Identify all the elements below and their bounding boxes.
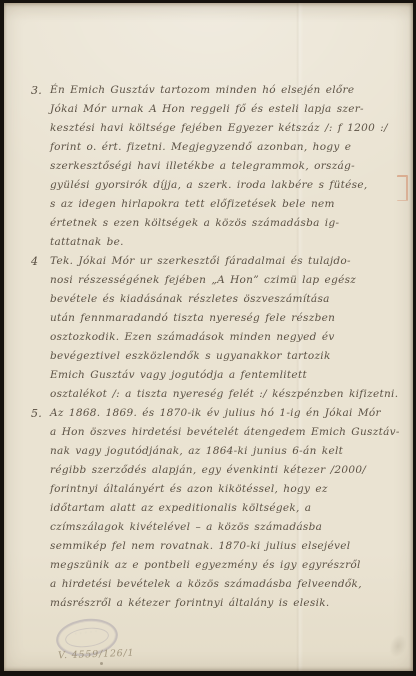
manuscript-line: kesztési havi költsége fejében Egyezer k…	[50, 119, 412, 138]
manuscript-paragraph: 4Tek. Jókai Mór ur szerkesztői fáradalma…	[50, 252, 412, 404]
manuscript-line: Én Emich Gusztáv tartozom minden hó else…	[50, 81, 412, 100]
manuscript-line: nak vagy jogutódjának, az 1864-ki junius…	[50, 442, 412, 461]
photo-background: { "document": { "kind": "handwritten con…	[0, 0, 416, 676]
paper-speck	[100, 662, 103, 665]
manuscript-line: szerkesztőségi havi illetékbe a telegram…	[50, 157, 412, 176]
red-margin-bracket-mark	[397, 175, 408, 201]
manuscript-line: régibb szerződés alapján, egy évenkinti …	[50, 461, 412, 480]
manuscript-line: után fennmaradandó tiszta nyereség fele …	[50, 309, 412, 328]
manuscript-line: a hirdetési bevételek a közös számadásba…	[50, 575, 412, 594]
manuscript-line: megszünik az e pontbeli egyezmény és igy…	[50, 556, 412, 575]
manuscript-line: Tek. Jókai Mór ur szerkesztői fáradalmai…	[50, 252, 412, 271]
manuscript-line: a Hon öszves hirdetési bevételét átenged…	[50, 423, 412, 442]
manuscript-text: 3.Én Emich Gusztáv tartozom minden hó el…	[50, 81, 412, 613]
manuscript-paragraph: 3.Én Emich Gusztáv tartozom minden hó el…	[50, 81, 412, 252]
manuscript-line: Jókai Mór urnak A Hon reggeli fő és este…	[50, 100, 412, 119]
archive-reference-pencil-note: V. 4559/126/1	[58, 648, 135, 662]
manuscript-line: nosi részességének fejében „A Hon” czimü…	[50, 271, 412, 290]
manuscript-line: Az 1868. 1869. és 1870-ik év julius hó 1…	[50, 404, 412, 423]
manuscript-line: osztozkodik. Ezen számadások minden negy…	[50, 328, 412, 347]
manuscript-line: értetnek s ezen költségek a közös számad…	[50, 214, 412, 233]
manuscript-line: időtartam alatt az expeditionalis költsé…	[50, 499, 412, 518]
manuscript-line: bevétele és kiadásának részletes öszvesz…	[50, 290, 412, 309]
manuscript-line: tattatnak be.	[50, 233, 412, 252]
manuscript-line: czímszálagok kivételével – a közös száma…	[50, 518, 412, 537]
manuscript-paper: 3.Én Emich Gusztáv tartozom minden hó el…	[4, 3, 413, 671]
paragraph-number: 5.	[31, 404, 42, 423]
manuscript-line: forintnyi általányért és azon kikötéssel…	[50, 480, 412, 499]
manuscript-line: gyülési gyorsirók díjja, a szerk. iroda …	[50, 176, 412, 195]
paragraph-number: 4	[31, 252, 38, 271]
manuscript-line: s az idegen hirlapokra tett előfizetések…	[50, 195, 412, 214]
manuscript-paragraph: 5.Az 1868. 1869. és 1870-ik év julius hó…	[50, 404, 412, 613]
manuscript-line: másrészről a kétezer forintnyi általány …	[50, 594, 412, 613]
manuscript-line: forint o. ért. fizetni. Megjegyzendő azo…	[50, 138, 412, 157]
manuscript-line: semmikép fel nem rovatnak. 1870-ki juliu…	[50, 537, 412, 556]
manuscript-line: bevégeztivel eszközlendők s ugyanakkor t…	[50, 347, 412, 366]
manuscript-line: Emich Gusztáv vagy jogutódja a fentemlit…	[50, 366, 412, 385]
corner-smudge	[385, 631, 411, 662]
manuscript-line: osztalékot /: a tiszta nyereség felét :/…	[50, 385, 412, 404]
paragraph-number: 3.	[31, 81, 42, 100]
